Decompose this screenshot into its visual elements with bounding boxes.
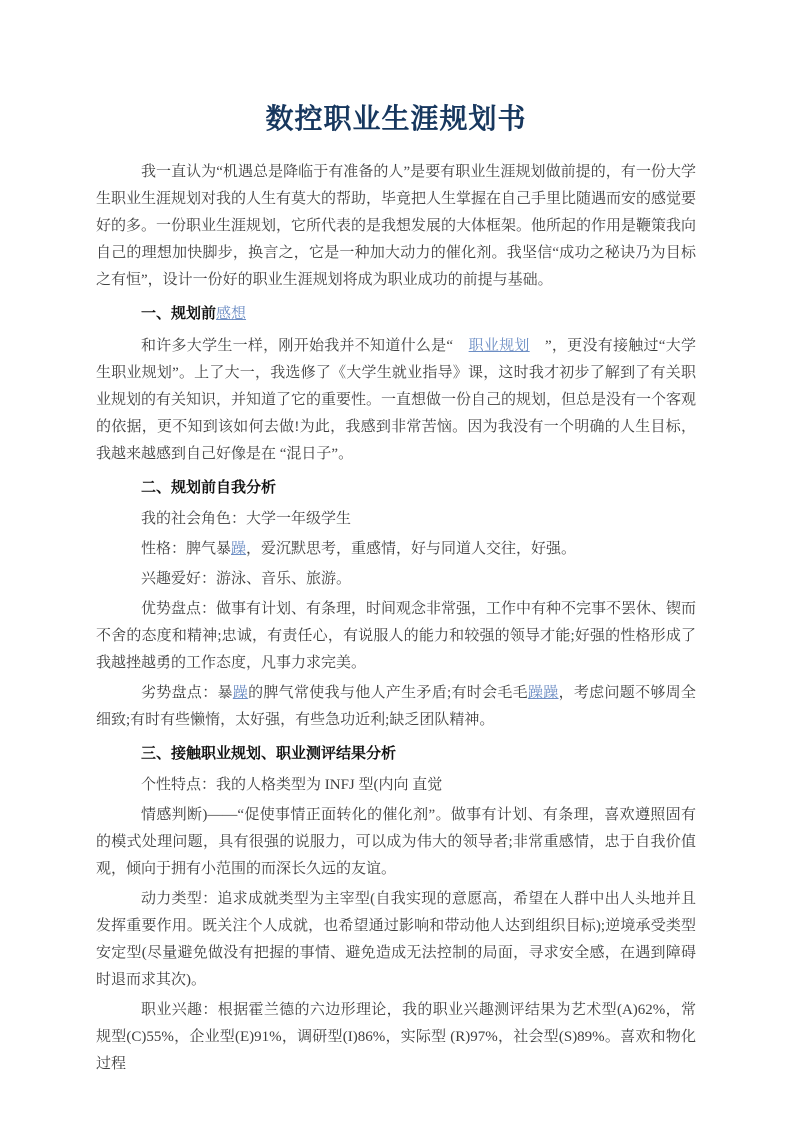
heading-1-text: 一、规划前 — [141, 305, 216, 322]
paragraph-social-role: 我的社会角色：大学一年级学生 — [96, 506, 696, 533]
paragraph-2-segment-after: ”，更没有接触过“大学生职业规划”。上了大一，我选修了《大学生就业指导》课，这时… — [96, 338, 696, 462]
paragraph-feeling-judgement: 情感判断)——“促使事情正面转化的催化剂”。做事有计划、有条理，喜欢遵照固有的模… — [96, 802, 696, 883]
heading-section-1: 一、规划前感想 — [96, 300, 696, 328]
paragraph-personality: 性格：脾气暴躁，爱沉默思考，重感情，好与同道人交往，好强。 — [96, 536, 696, 563]
paragraph-strengths: 优势盘点：做事有计划、有条理，时间观念非常强，工作中有种不完事不罢休、锲而不舍的… — [96, 596, 696, 677]
paragraph-weaknesses-segment-1: 劣势盘点：暴 — [141, 685, 233, 701]
paragraph-planning-experience: 和许多大学生一样，刚开始我并不知道什么是“ 职业规划 ”，更没有接触过“大学生职… — [96, 333, 696, 468]
link-zao-2[interactable]: 躁 — [233, 685, 248, 701]
link-zaozao[interactable]: 躁躁 — [528, 685, 559, 701]
link-zao[interactable]: 躁 — [231, 541, 246, 557]
paragraph-personality-segment-after: ，爱沉默思考，重感情，好与同道人交往，好强。 — [246, 541, 576, 557]
paragraph-weaknesses: 劣势盘点：暴躁的脾气常使我与他人产生矛盾;有时会毛毛躁躁，考虑问题不够周全细致;… — [96, 680, 696, 734]
paragraph-career-interest: 职业兴趣：根据霍兰德的六边形理论，我的职业兴趣测评结果为艺术型(A)62%，常规… — [96, 997, 696, 1078]
paragraph-personality-type: 个性特点：我的人格类型为 INFJ 型(内向 直觉 — [96, 772, 696, 799]
document-page: 数控职业生涯规划书 我一直认为“机遇总是降临于有准备的人”是要有职业生涯规划做前… — [0, 0, 793, 1122]
link-career-planning[interactable]: 职业规划 — [469, 338, 530, 354]
document-title: 数控职业生涯规划书 — [96, 98, 696, 142]
paragraph-hobbies: 兴趣爱好：游泳、音乐、旅游。 — [96, 566, 696, 593]
paragraph-2-segment-before: 和许多大学生一样，刚开始我并不知道什么是“ — [141, 338, 469, 354]
paragraph-motivation-type: 动力类型：追求成就类型为主宰型(自我实现的意愿高，希望在人群中出人头地并且发挥重… — [96, 886, 696, 994]
paragraph-weaknesses-segment-2: 的脾气常使我与他人产生矛盾;有时会毛毛 — [248, 685, 528, 701]
link-ganxiang[interactable]: 感想 — [216, 306, 246, 322]
paragraph-intro: 我一直认为“机遇总是降临于有准备的人”是要有职业生涯规划做前提的，有一份大学生职… — [96, 159, 696, 294]
heading-section-2: 二、规划前自我分析 — [96, 474, 696, 501]
heading-section-3: 三、接触职业规划、职业测评结果分析 — [96, 740, 696, 767]
paragraph-personality-segment-before: 性格：脾气暴 — [141, 541, 231, 557]
